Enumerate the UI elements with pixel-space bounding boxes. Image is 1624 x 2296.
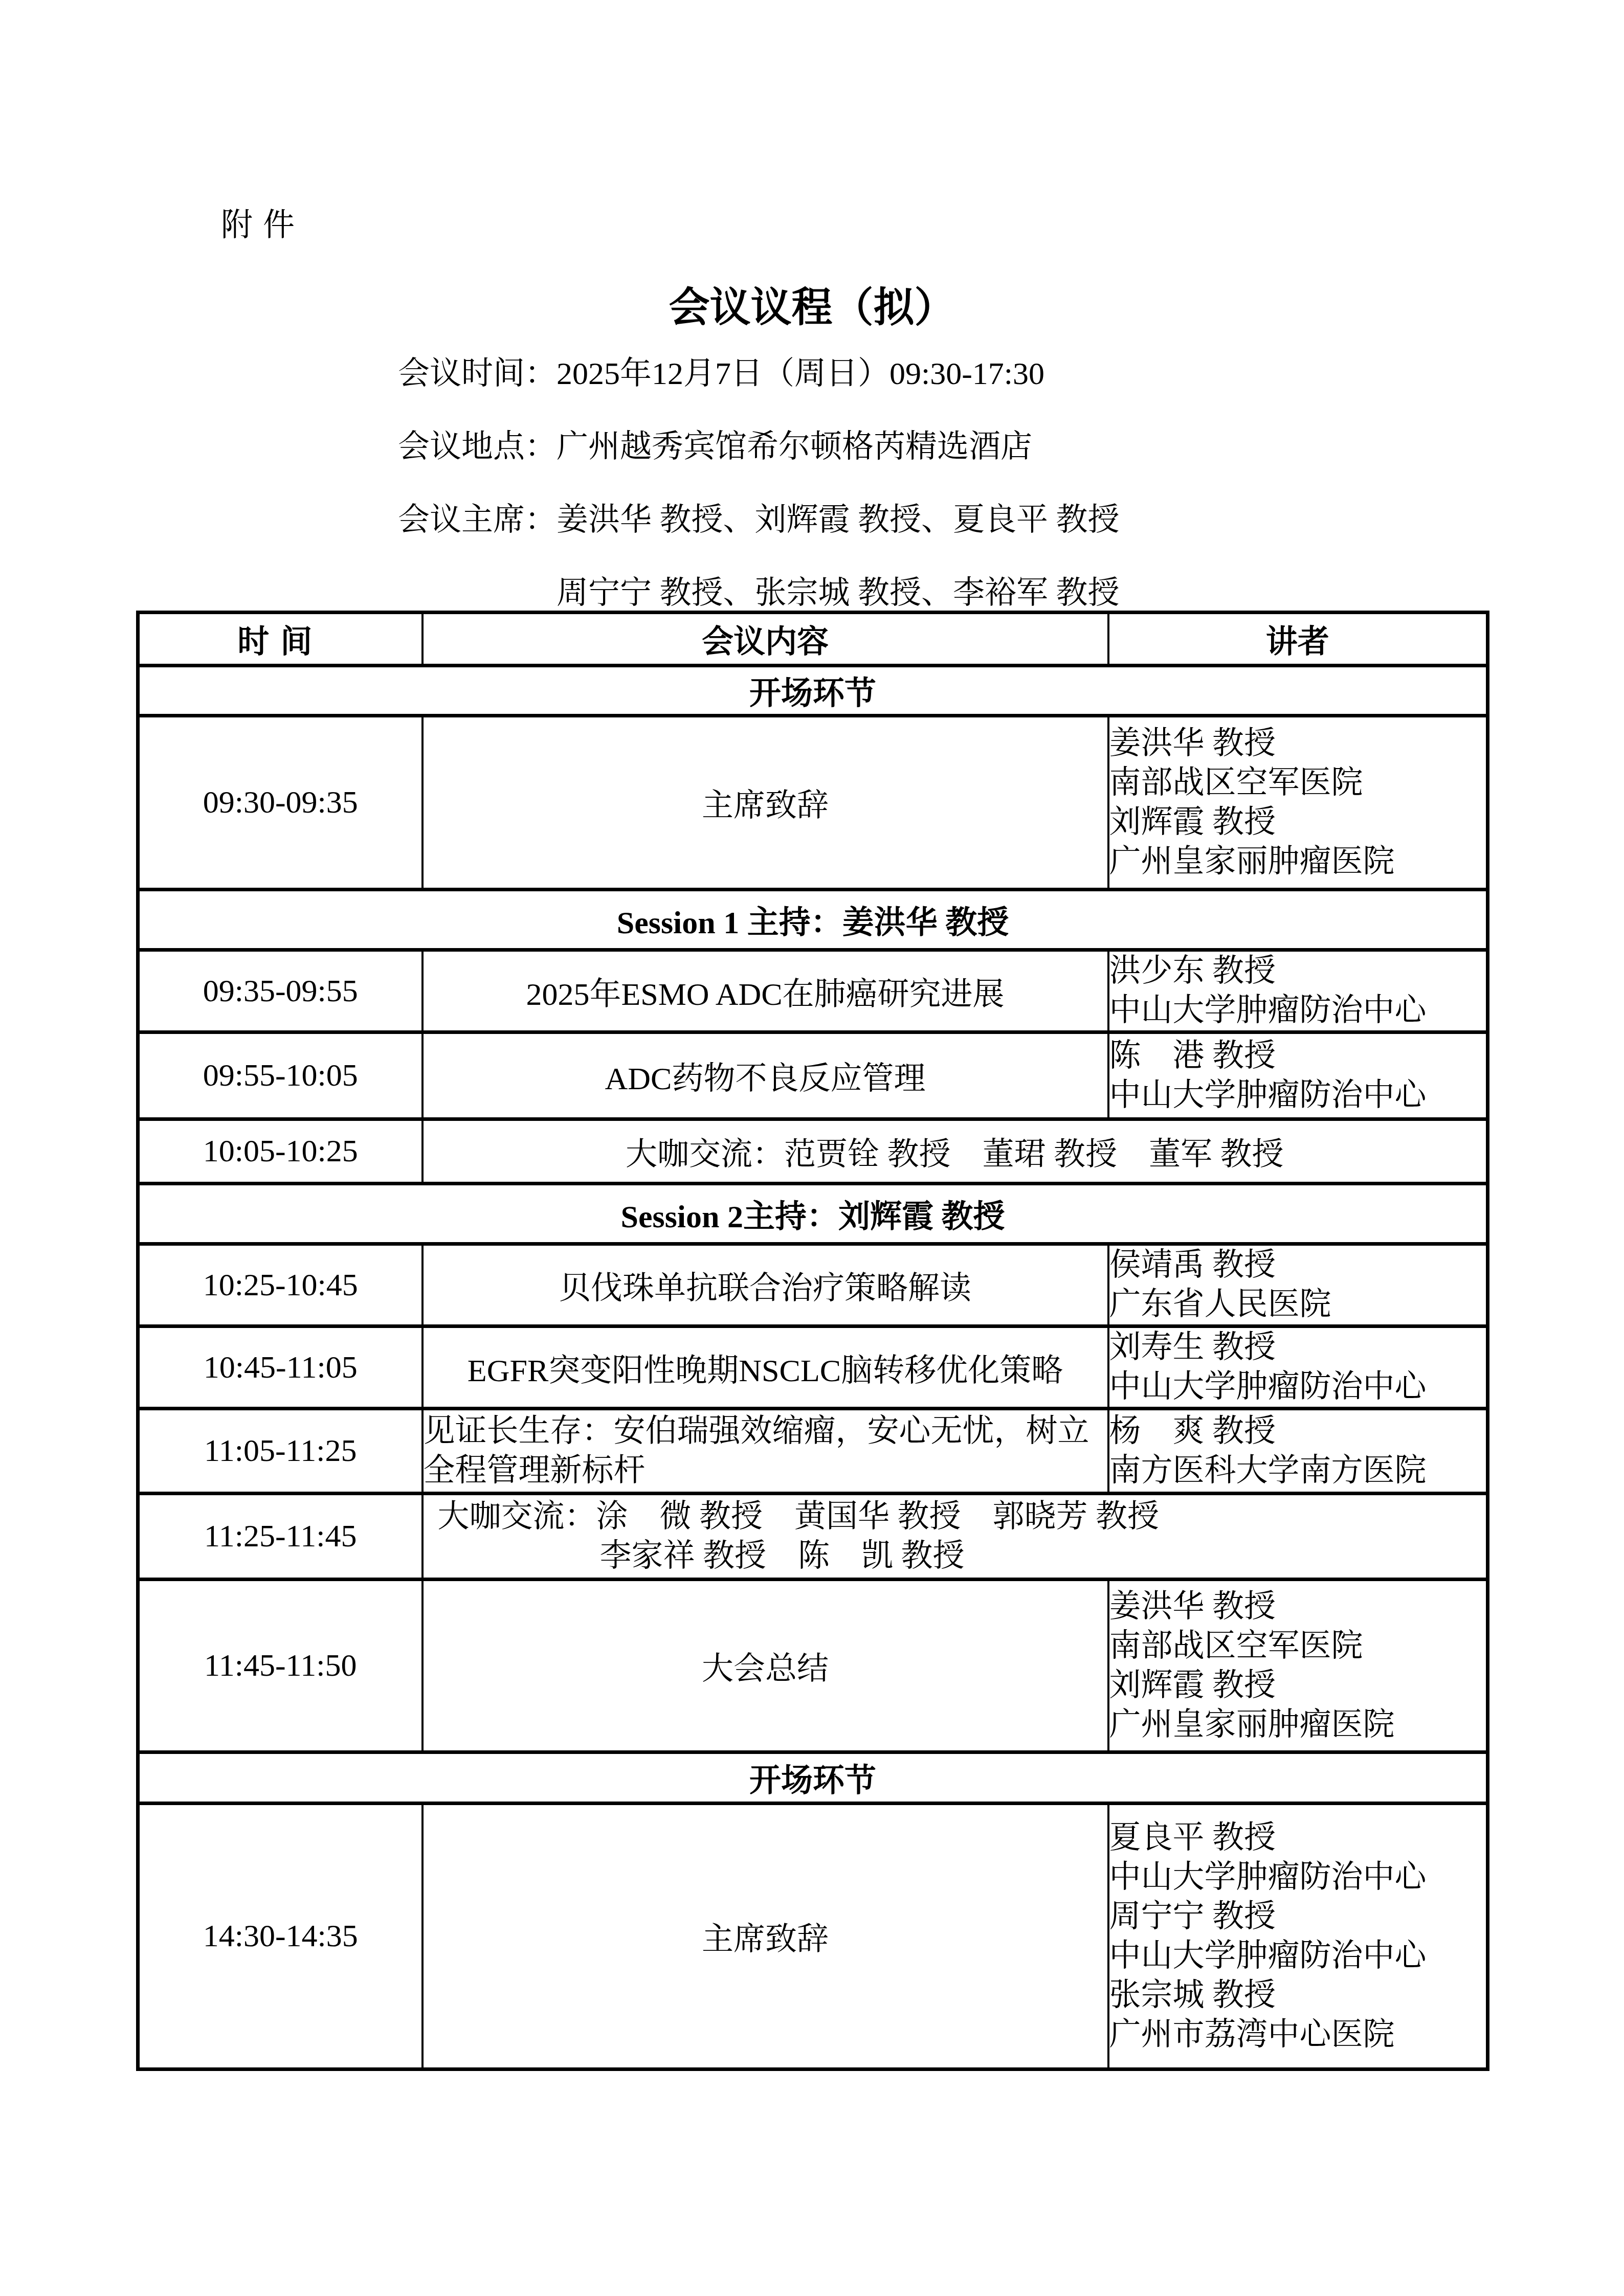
speaker-line: 周宁宁 教授 <box>1109 1897 1486 1937</box>
agenda-row-1430: 14:30-14:35 主席致辞 夏良平 教授 中山大学肿瘤防治中心 周宁宁 教… <box>138 1804 1488 2069</box>
agenda-row-0955: 09:55-10:05 ADC药物不良反应管理 陈 港 教授 中山大学肿瘤防治中… <box>138 1032 1488 1119</box>
content-cell: EGFR突变阳性晚期NSCLC脑转移优化策略 <box>422 1326 1108 1409</box>
speaker-line: 陈 港 教授 <box>1109 1037 1486 1076</box>
section-label: 开场环节 <box>138 1752 1488 1804</box>
speaker-affiliation: 广东省人民医院 <box>1109 1285 1486 1324</box>
time-cell: 09:55-10:05 <box>138 1032 422 1119</box>
time-cell: 14:30-14:35 <box>138 1804 422 2069</box>
speaker-line: 洪少东 教授 <box>1109 952 1486 991</box>
agenda-row-0930: 09:30-09:35 主席致辞 姜洪华 教授 南部战区空军医院 刘辉霞 教授 … <box>138 716 1488 890</box>
agenda-row-1025: 10:25-10:45 贝伐珠单抗联合治疗策略解读 侯靖禹 教授 广东省人民医院 <box>138 1244 1488 1326</box>
discussion-line: 大咖交流：涂 微 教授 黄国华 教授 郭晓芳 教授 <box>424 1497 1486 1537</box>
agenda-row-1005-discussion: 10:05-10:25 大咖交流：范贾铨 教授 董珺 教授 董军 教授 <box>138 1119 1488 1184</box>
speaker-affiliation: 中山大学肿瘤防治中心 <box>1109 1858 1486 1897</box>
speaker-affiliation: 南方医科大学南方医院 <box>1109 1451 1486 1491</box>
speaker-affiliation: 广州皇家丽肿瘤医院 <box>1109 842 1486 882</box>
speaker-affiliation: 中山大学肿瘤防治中心 <box>1109 991 1486 1030</box>
agenda-row-1145: 11:45-11:50 大会总结 姜洪华 教授 南部战区空军医院 刘辉霞 教授 … <box>138 1580 1488 1752</box>
session-1-label: Session 1 主持：姜洪华 教授 <box>138 890 1488 950</box>
content-cell: ADC药物不良反应管理 <box>422 1032 1108 1119</box>
speaker-line: 刘辉霞 教授 <box>1109 803 1486 842</box>
content-cell: 贝伐珠单抗联合治疗策略解读 <box>422 1244 1108 1326</box>
content-cell: 主席致辞 <box>422 716 1108 890</box>
discussion-cell: 大咖交流：范贾铨 教授 董珺 教授 董军 教授 <box>422 1119 1488 1184</box>
speaker-cell: 侯靖禹 教授 广东省人民医院 <box>1108 1244 1488 1326</box>
content-cell: 大会总结 <box>422 1580 1108 1752</box>
speaker-cell: 姜洪华 教授 南部战区空军医院 刘辉霞 教授 广州皇家丽肿瘤医院 <box>1108 1580 1488 1752</box>
session-2-label: Session 2主持：刘辉霞 教授 <box>138 1184 1488 1244</box>
agenda-table: 时间 会议内容 讲者 开场环节 09:30-09:35 主席致辞 姜洪华 教授 … <box>136 611 1489 2071</box>
meeting-chairs-line: 会议主席：姜洪华 教授、刘辉霞 教授、夏良平 教授 <box>398 484 1120 557</box>
speaker-line: 姜洪华 教授 <box>1109 1587 1486 1627</box>
column-header-time: 时间 <box>138 613 422 666</box>
session-1-row: Session 1 主持：姜洪华 教授 <box>138 890 1488 950</box>
agenda-row-0935: 09:35-09:55 2025年ESMO ADC在肺癌研究进展 洪少东 教授 … <box>138 950 1488 1032</box>
time-cell: 10:25-10:45 <box>138 1244 422 1326</box>
column-header-speaker: 讲者 <box>1108 613 1488 666</box>
column-header-content: 会议内容 <box>422 613 1108 666</box>
speaker-affiliation: 广州市荔湾中心医院 <box>1109 2015 1486 2055</box>
meeting-location-line: 会议地点：广州越秀宾馆希尔顿格芮精选酒店 <box>398 411 1120 484</box>
meeting-info: 会议时间：2025年12月7日（周日）09:30-17:30 会议地点：广州越秀… <box>398 337 1120 630</box>
speaker-line: 姜洪华 教授 <box>1109 724 1486 763</box>
speaker-affiliation: 南部战区空军医院 <box>1109 763 1486 803</box>
speaker-affiliation: 中山大学肿瘤防治中心 <box>1109 1076 1486 1115</box>
speaker-cell: 杨 爽 教授 南方医科大学南方医院 <box>1108 1409 1488 1494</box>
section-label: 开场环节 <box>138 666 1488 716</box>
speaker-line: 刘寿生 教授 <box>1109 1328 1486 1367</box>
time-cell: 11:45-11:50 <box>138 1580 422 1752</box>
meeting-time-line: 会议时间：2025年12月7日（周日）09:30-17:30 <box>398 337 1120 411</box>
time-cell: 11:25-11:45 <box>138 1494 422 1580</box>
agenda-row-1105: 11:05-11:25 见证长生存：安伯瑞强效缩瘤，安心无忧，树立全程管理新标杆… <box>138 1409 1488 1494</box>
table-header-row: 时间 会议内容 讲者 <box>138 613 1488 666</box>
speaker-cell: 刘寿生 教授 中山大学肿瘤防治中心 <box>1108 1326 1488 1409</box>
document-page: { "page": { "attachment_label": "附件", "t… <box>0 0 1624 2296</box>
speaker-line: 刘辉霞 教授 <box>1109 1666 1486 1705</box>
section-row-opening-2: 开场环节 <box>138 1752 1488 1804</box>
time-cell: 09:35-09:55 <box>138 950 422 1032</box>
page-title: 会议议程（拟） <box>0 274 1624 333</box>
content-cell: 见证长生存：安伯瑞强效缩瘤，安心无忧，树立全程管理新标杆 <box>422 1409 1108 1494</box>
speaker-affiliation: 中山大学肿瘤防治中心 <box>1109 1937 1486 1976</box>
attachment-label: 附件 <box>221 199 305 245</box>
time-cell: 09:30-09:35 <box>138 716 422 890</box>
speaker-cell: 夏良平 教授 中山大学肿瘤防治中心 周宁宁 教授 中山大学肿瘤防治中心 张宗城 … <box>1108 1804 1488 2069</box>
content-cell: 主席致辞 <box>422 1804 1108 2069</box>
content-cell: 2025年ESMO ADC在肺癌研究进展 <box>422 950 1108 1032</box>
agenda-row-1045: 10:45-11:05 EGFR突变阳性晚期NSCLC脑转移优化策略 刘寿生 教… <box>138 1326 1488 1409</box>
speaker-affiliation: 广州皇家丽肿瘤医院 <box>1109 1705 1486 1745</box>
time-cell: 10:05-10:25 <box>138 1119 422 1184</box>
agenda-row-1125-discussion: 11:25-11:45 大咖交流：涂 微 教授 黄国华 教授 郭晓芳 教授 李家… <box>138 1494 1488 1580</box>
speaker-cell: 姜洪华 教授 南部战区空军医院 刘辉霞 教授 广州皇家丽肿瘤医院 <box>1108 716 1488 890</box>
session-2-row: Session 2主持：刘辉霞 教授 <box>138 1184 1488 1244</box>
speaker-line: 夏良平 教授 <box>1109 1818 1486 1858</box>
speaker-affiliation: 中山大学肿瘤防治中心 <box>1109 1367 1486 1407</box>
discussion-line: 李家祥 教授 陈 凯 教授 <box>424 1537 1486 1576</box>
section-row-opening-1: 开场环节 <box>138 666 1488 716</box>
speaker-line: 侯靖禹 教授 <box>1109 1246 1486 1285</box>
speaker-line: 张宗城 教授 <box>1109 1976 1486 2015</box>
speaker-cell: 陈 港 教授 中山大学肿瘤防治中心 <box>1108 1032 1488 1119</box>
time-cell: 10:45-11:05 <box>138 1326 422 1409</box>
speaker-line: 杨 爽 教授 <box>1109 1412 1486 1451</box>
time-cell: 11:05-11:25 <box>138 1409 422 1494</box>
discussion-cell: 大咖交流：涂 微 教授 黄国华 教授 郭晓芳 教授 李家祥 教授 陈 凯 教授 <box>422 1494 1488 1580</box>
speaker-cell: 洪少东 教授 中山大学肿瘤防治中心 <box>1108 950 1488 1032</box>
speaker-affiliation: 南部战区空军医院 <box>1109 1627 1486 1666</box>
